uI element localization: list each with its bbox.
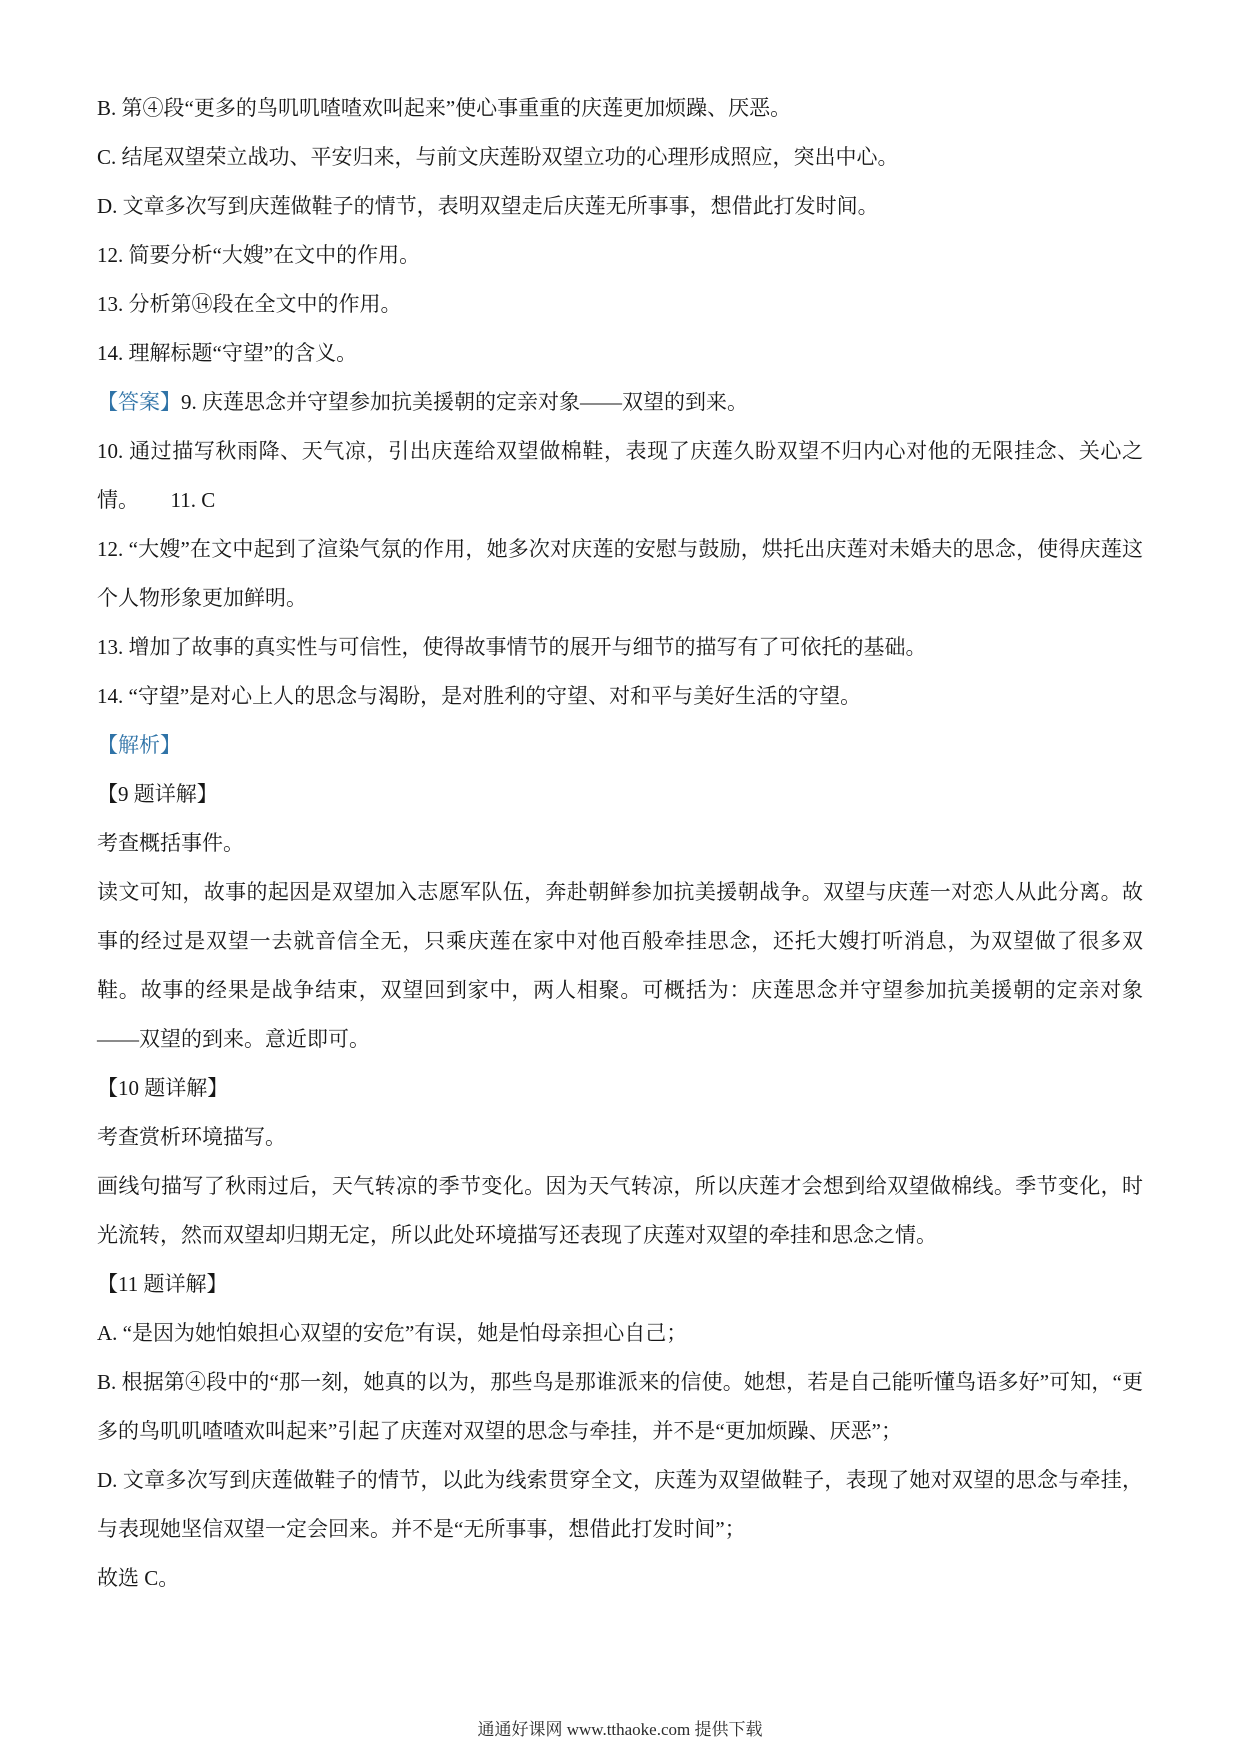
question-14-line: 14. 理解标题“守望”的含义。 — [97, 329, 1143, 378]
answer-line-14: 14. “守望”是对心上人的思念与渴盼，是对胜利的守望、对和平与美好生活的守望。 — [97, 672, 1143, 721]
analysis-heading-10: 【10 题详解】 — [97, 1064, 1143, 1113]
answer-line-13: 13. 增加了故事的真实性与可信性，使得故事情节的展开与细节的描写有了可依托的基… — [97, 623, 1143, 672]
option-b-line: B. 第④段“更多的鸟叽叽喳喳欢叫起来”使心事重重的庆莲更加烦躁、厌恶。 — [97, 84, 1143, 133]
analysis-11-option-b: B. 根据第④段中的“那一刻，她真的以为，那些鸟是那谁派来的信使。她想，若是自己… — [97, 1358, 1143, 1456]
document-content: B. 第④段“更多的鸟叽叽喳喳欢叫起来”使心事重重的庆莲更加烦躁、厌恶。 C. … — [97, 84, 1143, 1603]
analysis-9-paragraph-2: 读文可知，故事的起因是双望加入志愿军队伍，奔赴朝鲜参加抗美援朝战争。双望与庆莲一… — [97, 868, 1143, 1064]
analysis-10-paragraph-1: 考查赏析环境描写。 — [97, 1113, 1143, 1162]
analysis-11-conclusion: 故选 C。 — [97, 1554, 1143, 1603]
option-d-line: D. 文章多次写到庆莲做鞋子的情节，表明双望走后庆莲无所事事，想借此打发时间。 — [97, 182, 1143, 231]
answer-line-10-11: 10. 通过描写秋雨降、天气凉，引出庆莲给双望做棉鞋，表现了庆莲久盼双望不归内心… — [97, 427, 1143, 525]
analysis-10-paragraph-2: 画线句描写了秋雨过后，天气转凉的季节变化。因为天气转凉，所以庆莲才会想到给双望做… — [97, 1162, 1143, 1260]
question-12-line: 12. 简要分析“大嫂”在文中的作用。 — [97, 231, 1143, 280]
analysis-9-paragraph-1: 考查概括事件。 — [97, 819, 1143, 868]
answer-line-12: 12. “大嫂”在文中起到了渲染气氛的作用，她多次对庆莲的安慰与鼓励，烘托出庆莲… — [97, 525, 1143, 623]
analysis-11-option-d: D. 文章多次写到庆莲做鞋子的情节，以此为线索贯穿全文，庆莲为双望做鞋子，表现了… — [97, 1456, 1143, 1554]
analysis-11-option-a: A. “是因为她怕娘担心双望的安危”有误，她是怕母亲担心自己； — [97, 1309, 1143, 1358]
question-13-line: 13. 分析第⑭段在全文中的作用。 — [97, 280, 1143, 329]
answer-9-text: 9. 庆莲思念并守望参加抗美援朝的定亲对象——双望的到来。 — [181, 390, 748, 414]
analysis-heading-9: 【9 题详解】 — [97, 770, 1143, 819]
answer-tag: 【答案】 — [97, 390, 181, 414]
answer-line-9: 【答案】9. 庆莲思念并守望参加抗美援朝的定亲对象——双望的到来。 — [97, 378, 1143, 427]
analysis-heading-11: 【11 题详解】 — [97, 1260, 1143, 1309]
option-c-line: C. 结尾双望荣立战功、平安归来，与前文庆莲盼双望立功的心理形成照应，突出中心。 — [97, 133, 1143, 182]
page-footer: 通通好课网 www.tthaoke.com 提供下载 — [0, 1718, 1240, 1742]
analysis-tag: 【解析】 — [97, 721, 1143, 770]
